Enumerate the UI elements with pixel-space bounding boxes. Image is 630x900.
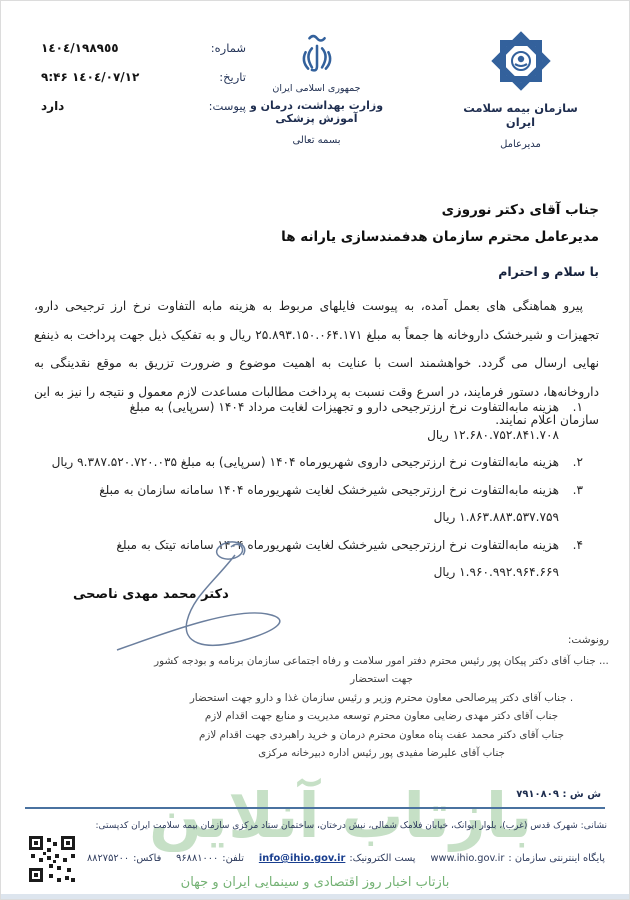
email-label: پست الکترونیک:: [349, 853, 415, 864]
tracking-ref-label: ش ش :: [562, 789, 601, 800]
site-watermark-logo: بازتاب آنلاین: [149, 779, 532, 852]
footer-website: پایگاه اینترنتی سازمان : www.ihio.gov.ir: [430, 853, 605, 864]
item-number: ۴.: [568, 532, 583, 587]
website-link[interactable]: www.ihio.gov.ir: [430, 853, 504, 864]
organization-header: سازمان بیمه سلامت ایران مدیرعامل: [448, 29, 593, 150]
item-number: ۲.: [568, 449, 583, 477]
republic-title: جمهوری اسلامی ایران: [229, 83, 404, 94]
letter-attachment-row: پیوست: دارد: [41, 99, 246, 113]
list-item: ۲. هزینه مابه‌التفاوت نرخ ارزترجیحی دارو…: [33, 449, 583, 477]
recipient-block: جناب آقای دکتر نوروزی مدیرعامل محترم ساز…: [281, 197, 599, 251]
letter-date-row: تاریخ: ١٤٠٤/٠٧/١٢ ۹:۴۶: [41, 70, 246, 84]
salutation: با سلام و احترام: [498, 264, 599, 279]
bottom-strip: [1, 894, 629, 899]
letter-number-value: ١٤٠٤/١٩٨٩٥٥: [41, 41, 119, 55]
cc-line: جناب آقای دکتر محمد عفت پناه معاون محترم…: [154, 726, 609, 745]
ministry-title: وزارت بهداشت، درمان و آموزش پزشکی: [229, 99, 404, 125]
recipient-name: جناب آقای دکتر نوروزی: [281, 197, 599, 224]
website-label: پایگاه اینترنتی سازمان :: [508, 853, 605, 864]
footer-email: پست الکترونیک: info@ihio.gov.ir: [259, 853, 416, 864]
footer-divider: [25, 807, 605, 809]
fax-value: ۸۸۲۷۵۲۰۰: [87, 853, 129, 864]
letter-meta: شماره: ١٤٠٤/١٩٨٩٥٥ تاریخ: ١٤٠٤/٠٧/١٢ ۹:۴…: [41, 41, 246, 128]
cc-line: جناب آقای علیرضا مفیدی پور رئیس اداره دب…: [154, 744, 609, 763]
signer-name: دکتر محمد مهدی ناصحی: [73, 587, 229, 602]
tracking-ref: ش ش : ۷۹۱۰۸۰۹: [516, 789, 601, 800]
cc-line: . جناب آقای دکتر پیرصالحی معاون محترم وز…: [154, 689, 609, 708]
list-item: ۱. هزینه مابه‌التفاوت نرخ ارزترجیحی دارو…: [33, 394, 583, 449]
footer-address: نشانی: شهرک قدس (غرب)، بلوار ایوانک، خیا…: [93, 821, 607, 831]
iran-emblem-icon: [298, 33, 336, 79]
letter-number-row: شماره: ١٤٠٤/١٩٨٩٥٥: [41, 41, 246, 55]
ministry-header: جمهوری اسلامی ایران وزارت بهداشت، درمان …: [229, 33, 404, 146]
item-number: ۳.: [568, 477, 583, 532]
item-number: ۱.: [568, 394, 583, 449]
site-watermark-tagline: بازتاب اخبار روز اقتصادی و سینمایی ایران…: [1, 875, 629, 890]
qr-code: [27, 834, 77, 884]
organization-name: سازمان بیمه سلامت ایران: [448, 101, 593, 129]
phone-label: تلفن:: [222, 853, 244, 864]
organization-role: مدیرعامل: [448, 139, 593, 150]
tracking-ref-value: ۷۹۱۰۸۰۹: [516, 789, 559, 800]
scanned-letter-page: شماره: ١٤٠٤/١٩٨٩٥٥ تاریخ: ١٤٠٤/٠٧/١٢ ۹:۴…: [0, 0, 630, 900]
besmeh-taali: بسمه تعالی: [229, 135, 404, 146]
list-item: ۳. هزینه مابه‌التفاوت نرخ ارزترجیحی شیرخ…: [33, 477, 583, 532]
footer-phone: تلفن: ۹۶۸۸۱۰۰۰: [176, 853, 244, 864]
footer-fax: فاکس: ۸۸۲۷۵۲۰۰: [87, 853, 161, 864]
ihio-logo-icon: [489, 29, 553, 93]
letter-date-value: ١٤٠٤/٠٧/١٢ ۹:۴۶: [41, 70, 139, 84]
recipient-title: مدیرعامل محترم سازمان هدفمندسازی یارانه …: [281, 224, 599, 251]
item-text: هزینه مابه‌التفاوت نرخ ارزترجیحی دارو و …: [33, 394, 559, 449]
cc-line: ... جناب آقای دکتر پیکان پور رئیس محترم …: [154, 652, 609, 689]
email-link[interactable]: info@ihio.gov.ir: [259, 853, 346, 864]
letter-attachment-value: دارد: [41, 99, 64, 113]
phone-value: ۹۶۸۸۱۰۰۰: [176, 853, 218, 864]
item-text: هزینه مابه‌التفاوت نرخ ارزترجیحی داروی ش…: [52, 449, 559, 477]
cc-line: جناب آقای دکتر مهدی رضایی معاون محترم تو…: [154, 707, 609, 726]
cc-block: رونوشت: ... جناب آقای دکتر پیکان پور رئی…: [154, 631, 609, 763]
cc-label: رونوشت:: [154, 631, 609, 650]
footer-contacts: پایگاه اینترنتی سازمان : www.ihio.gov.ir…: [87, 853, 605, 864]
fax-label: فاکس:: [133, 853, 161, 864]
item-text: هزینه مابه‌التفاوت نرخ ارزترجیحی شیرخشک …: [33, 477, 559, 532]
